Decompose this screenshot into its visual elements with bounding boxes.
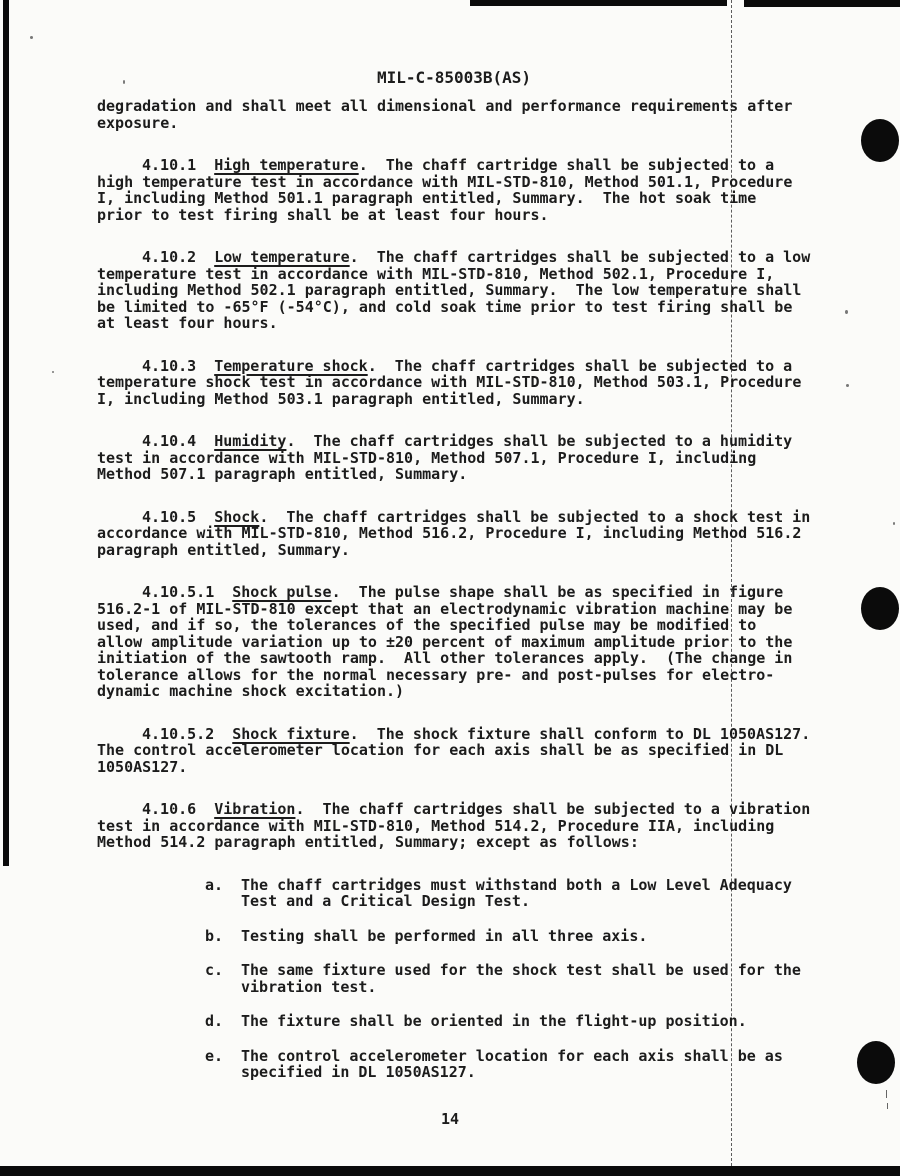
list-item-text: The same fixture used for the shock test… bbox=[241, 962, 801, 995]
list-item-text: The fixture shall be oriented in the fli… bbox=[241, 1013, 747, 1030]
scan-speck bbox=[30, 36, 33, 39]
paragraph-number: 4.10.5 bbox=[142, 508, 196, 526]
paragraph-title: Low temperature bbox=[214, 248, 349, 266]
paragraph-number: 4.10.3 bbox=[142, 357, 196, 375]
scan-speck bbox=[893, 522, 895, 525]
spec-paragraph-4-10-5-1: 4.10.5.1Shock pulse. The pulse shape sha… bbox=[97, 584, 815, 700]
spec-paragraph-4-10-5: 4.10.5Shock. The chaff cartridges shall … bbox=[97, 509, 815, 559]
list-item: a.The chaff cartridges must withstand bo… bbox=[205, 877, 815, 910]
paragraph-number: 4.10.5.2 bbox=[142, 725, 214, 743]
list-item-letter: b. bbox=[205, 928, 241, 945]
list-item-letter: d. bbox=[205, 1013, 241, 1030]
paragraph-title: Temperature shock bbox=[214, 357, 368, 375]
list-item-letter: e. bbox=[205, 1048, 241, 1081]
paragraph-title: Humidity bbox=[214, 432, 286, 450]
paragraph-number: 4.10.1 bbox=[142, 156, 196, 174]
list-item-text: The control accelerometer location for e… bbox=[241, 1048, 783, 1081]
spec-paragraph-4-10-5-2: 4.10.5.2Shock fixture. The shock fixture… bbox=[97, 726, 815, 776]
exception-list: a.The chaff cartridges must withstand bo… bbox=[97, 877, 815, 1081]
scanned-document-page: MIL-C-85003B(AS) degradation and shall m… bbox=[0, 0, 900, 1176]
list-item-letter: c. bbox=[205, 962, 241, 995]
paragraph-title: Vibration bbox=[214, 800, 295, 818]
spec-paragraph-4-10-1: 4.10.1High temperature. The chaff cartri… bbox=[97, 157, 815, 223]
scan-speck bbox=[52, 371, 54, 373]
paragraph-title: Shock pulse bbox=[232, 583, 331, 601]
punch-hole bbox=[861, 587, 899, 630]
scan-edge-top bbox=[470, 0, 727, 6]
scan-speck bbox=[887, 1103, 888, 1109]
paragraph-text: . The chaff cartridge shall be subjected… bbox=[97, 156, 792, 224]
scan-edge-bottom bbox=[0, 1166, 900, 1176]
list-item: c.The same fixture used for the shock te… bbox=[205, 962, 815, 995]
spec-paragraph-4-10-4: 4.10.4Humidity. The chaff cartridges sha… bbox=[97, 433, 815, 483]
punch-hole bbox=[857, 1041, 895, 1084]
scan-speck bbox=[886, 1090, 887, 1098]
paragraph-number: 4.10.4 bbox=[142, 432, 196, 450]
paragraph-title: Shock bbox=[214, 508, 259, 526]
paragraph-title: High temperature bbox=[214, 156, 359, 174]
scan-edge-top-right bbox=[744, 0, 900, 7]
paragraph-text: . The pulse shape shall be as specified … bbox=[97, 583, 792, 700]
spec-paragraph-4-10-3: 4.10.3Temperature shock. The chaff cartr… bbox=[97, 358, 815, 408]
paragraph-text: . The chaff cartridges shall be subjecte… bbox=[97, 432, 792, 483]
list-item: e.The control accelerometer location for… bbox=[205, 1048, 815, 1081]
spec-number-header: MIL-C-85003B(AS) bbox=[97, 68, 811, 87]
paragraph-text: . The chaff cartridges shall be subjecte… bbox=[97, 357, 801, 408]
punch-hole bbox=[861, 119, 899, 162]
paragraph-text: . The chaff cartridges shall be subjecte… bbox=[97, 800, 810, 851]
list-item: b.Testing shall be performed in all thre… bbox=[205, 928, 815, 945]
paragraph-title: Shock fixture bbox=[232, 725, 349, 743]
document-body: degradation and shall meet all dimension… bbox=[97, 98, 815, 1099]
paragraph-text: . The chaff cartridges shall be subjecte… bbox=[97, 248, 810, 332]
list-item-letter: a. bbox=[205, 877, 241, 910]
page-number: 14 bbox=[0, 1110, 900, 1128]
list-item-text: The chaff cartridges must withstand both… bbox=[241, 877, 792, 910]
scan-speck bbox=[846, 384, 849, 387]
spec-paragraph-4-10-6: 4.10.6Vibration. The chaff cartridges sh… bbox=[97, 801, 815, 851]
list-item-text: Testing shall be performed in all three … bbox=[241, 928, 647, 945]
paragraph-number: 4.10.5.1 bbox=[142, 583, 214, 601]
paragraph-number: 4.10.6 bbox=[142, 800, 196, 818]
spec-paragraph-4-10-2: 4.10.2Low temperature. The chaff cartrid… bbox=[97, 249, 815, 332]
paragraph-number: 4.10.2 bbox=[142, 248, 196, 266]
continuation-paragraph: degradation and shall meet all dimension… bbox=[97, 98, 815, 131]
scan-edge-left bbox=[3, 0, 9, 866]
list-item: d.The fixture shall be oriented in the f… bbox=[205, 1013, 815, 1030]
paragraph-text: . The chaff cartridges shall be subjecte… bbox=[97, 508, 810, 559]
scan-speck bbox=[845, 310, 848, 314]
